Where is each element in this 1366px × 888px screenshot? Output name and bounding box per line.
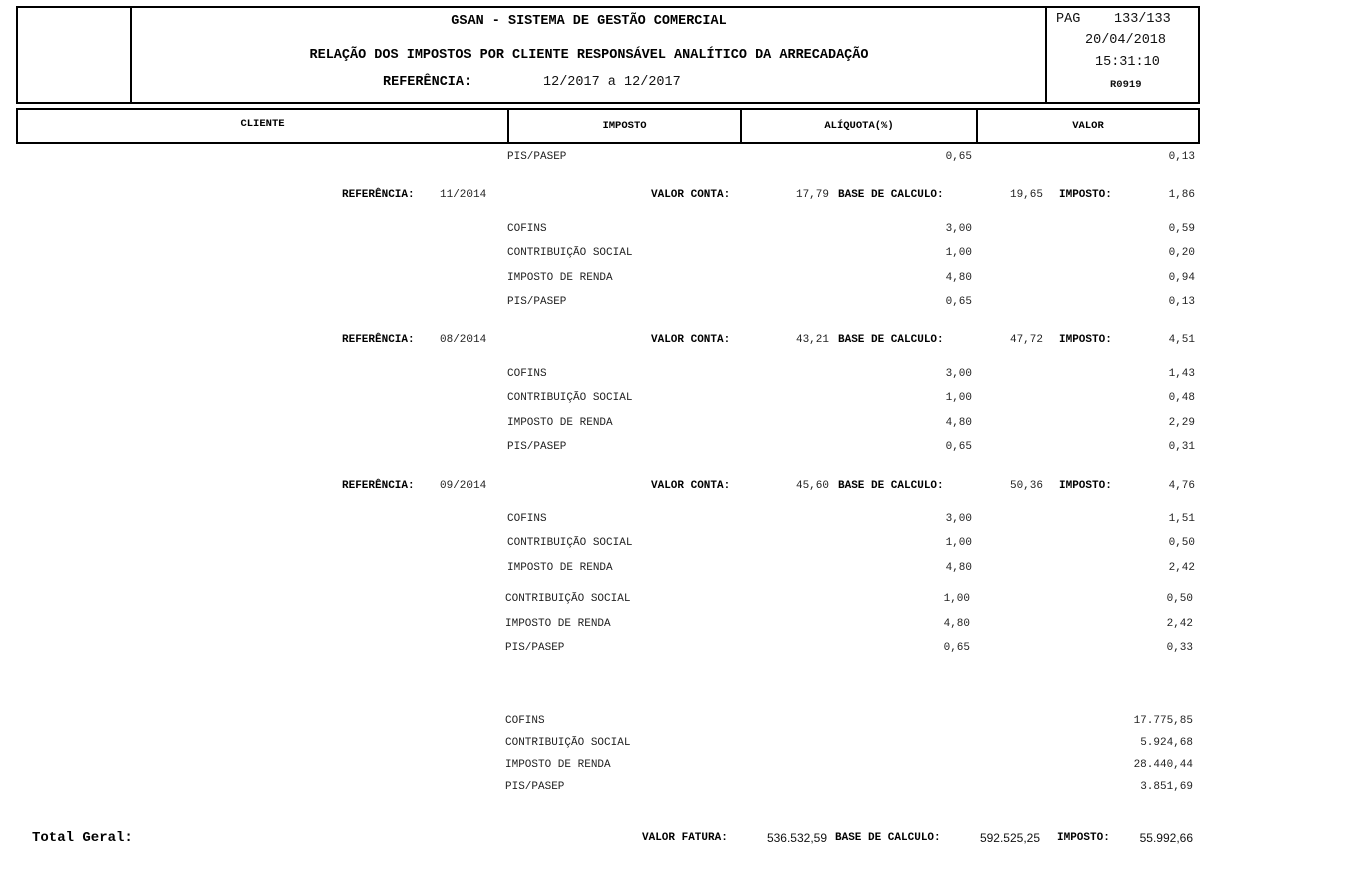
tax-rate: 1,00 [900, 537, 972, 549]
tax-rate: 3,00 [900, 513, 972, 525]
reference-label: REFERÊNCIA: [383, 75, 472, 90]
valor-conta-value: 43,21 [770, 334, 829, 346]
tax-value: 0,50 [1098, 593, 1193, 605]
imposto-value: 55.992,66 [1115, 831, 1193, 845]
column-header-imposto: IMPOSTO [507, 108, 742, 144]
base-calculo-value: 19,65 [985, 189, 1043, 201]
base-calculo-label: BASE DE CALCULO: [838, 480, 944, 492]
tax-name: CONTRIBUIÇÃO SOCIAL [507, 247, 632, 259]
logo-area [16, 6, 132, 104]
tax-rate: 1,00 [900, 392, 972, 404]
valor-fatura-label: VALOR FATURA: [642, 832, 728, 844]
summary-tax-name: PIS/PASEP [505, 781, 564, 793]
valor-conta-label: VALOR CONTA: [651, 334, 730, 346]
imposto-label: IMPOSTO: [1059, 334, 1112, 346]
tax-value: 0,50 [1100, 537, 1195, 549]
page-label: PAG [1056, 12, 1080, 27]
tax-value: 1,51 [1100, 513, 1195, 525]
total-geral-label: Total Geral: [32, 830, 133, 846]
imposto-value: 4,51 [1130, 334, 1195, 346]
tax-value: 2,42 [1098, 618, 1193, 630]
tax-name: COFINS [507, 368, 547, 380]
reference-label: REFERÊNCIA: [342, 189, 415, 201]
tax-value: 1,43 [1100, 368, 1195, 380]
summary-tax-value: 17.775,85 [1070, 715, 1193, 727]
tax-name: COFINS [507, 513, 547, 525]
tax-name: PIS/PASEP [507, 151, 566, 163]
reference-label: REFERÊNCIA: [342, 480, 415, 492]
base-calculo-value: 592.525,25 [960, 831, 1040, 845]
tax-rate: 1,00 [898, 593, 970, 605]
summary-tax-name: IMPOSTO DE RENDA [505, 759, 611, 771]
tax-rate: 1,00 [900, 247, 972, 259]
tax-name: CONTRIBUIÇÃO SOCIAL [505, 593, 630, 605]
tax-name: IMPOSTO DE RENDA [505, 618, 611, 630]
tax-value: 0,13 [1100, 151, 1195, 163]
valor-conta-label: VALOR CONTA: [651, 189, 730, 201]
valor-fatura-value: 536.532,59 [740, 831, 827, 845]
column-header-aliquota: ALÍQUOTA(%) [740, 108, 978, 144]
valor-conta-label: VALOR CONTA: [651, 480, 730, 492]
summary-tax-value: 28.440,44 [1070, 759, 1193, 771]
tax-name: IMPOSTO DE RENDA [507, 272, 613, 284]
tax-value: 0,94 [1100, 272, 1195, 284]
tax-value: 0,20 [1100, 247, 1195, 259]
imposto-label: IMPOSTO: [1059, 480, 1112, 492]
tax-rate: 4,80 [900, 562, 972, 574]
tax-rate: 0,65 [900, 151, 972, 163]
reference-period: 08/2014 [440, 334, 486, 346]
report-title: RELAÇÃO DOS IMPOSTOS POR CLIENTE RESPONS… [133, 48, 1045, 63]
report-code: R0919 [1110, 79, 1142, 91]
tax-value: 0,33 [1098, 642, 1193, 654]
summary-tax-name: CONTRIBUIÇÃO SOCIAL [505, 737, 630, 749]
summary-tax-value: 5.924,68 [1070, 737, 1193, 749]
base-calculo-value: 47,72 [985, 334, 1043, 346]
tax-name: IMPOSTO DE RENDA [507, 562, 613, 574]
tax-name: PIS/PASEP [507, 296, 566, 308]
tax-name: PIS/PASEP [505, 642, 564, 654]
tax-name: PIS/PASEP [507, 441, 566, 453]
column-header-cliente: CLIENTE [16, 108, 509, 144]
tax-value: 0,59 [1100, 223, 1195, 235]
tax-value: 0,48 [1100, 392, 1195, 404]
tax-rate: 0,65 [898, 642, 970, 654]
report-time: 15:31:10 [1095, 55, 1160, 70]
column-header-valor: VALOR [976, 108, 1200, 144]
imposto-value: 1,86 [1130, 189, 1195, 201]
tax-value: 2,29 [1100, 417, 1195, 429]
tax-name: IMPOSTO DE RENDA [507, 417, 613, 429]
tax-rate: 4,80 [898, 618, 970, 630]
tax-rate: 4,80 [900, 417, 972, 429]
base-calculo-value: 50,36 [985, 480, 1043, 492]
summary-tax-name: COFINS [505, 715, 545, 727]
tax-name: CONTRIBUIÇÃO SOCIAL [507, 537, 632, 549]
valor-conta-value: 45,60 [770, 480, 829, 492]
reference-label: REFERÊNCIA: [342, 334, 415, 346]
system-title: GSAN - SISTEMA DE GESTÃO COMERCIAL [133, 14, 1045, 29]
tax-name: CONTRIBUIÇÃO SOCIAL [507, 392, 632, 404]
tax-rate: 4,80 [900, 272, 972, 284]
base-calculo-label: BASE DE CALCULO: [835, 832, 941, 844]
imposto-value: 4,76 [1130, 480, 1195, 492]
tax-rate: 0,65 [900, 441, 972, 453]
tax-rate: 3,00 [900, 368, 972, 380]
tax-value: 2,42 [1100, 562, 1195, 574]
reference-period: 09/2014 [440, 480, 486, 492]
page-number: 133/133 [1114, 12, 1171, 27]
base-calculo-label: BASE DE CALCULO: [838, 189, 944, 201]
report-date: 20/04/2018 [1085, 33, 1166, 48]
base-calculo-label: BASE DE CALCULO: [838, 334, 944, 346]
imposto-label: IMPOSTO: [1057, 832, 1110, 844]
tax-rate: 0,65 [900, 296, 972, 308]
tax-value: 0,31 [1100, 441, 1195, 453]
reference-value: 12/2017 a 12/2017 [543, 75, 681, 90]
valor-conta-value: 17,79 [770, 189, 829, 201]
tax-name: COFINS [507, 223, 547, 235]
reference-period: 11/2014 [440, 189, 486, 201]
imposto-label: IMPOSTO: [1059, 189, 1112, 201]
tax-rate: 3,00 [900, 223, 972, 235]
tax-value: 0,13 [1100, 296, 1195, 308]
summary-tax-value: 3.851,69 [1070, 781, 1193, 793]
